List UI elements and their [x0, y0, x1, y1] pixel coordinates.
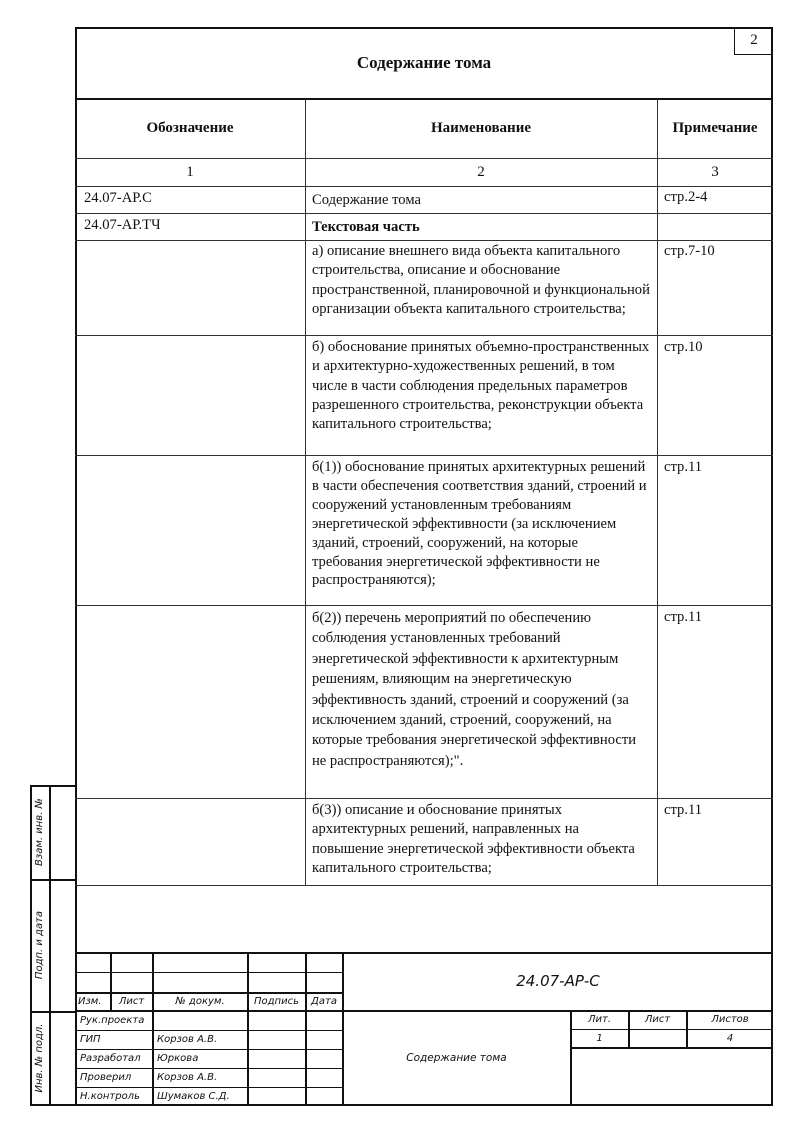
- divider: [75, 885, 773, 886]
- row-name: а) описание внешнего вида объекта капита…: [306, 240, 657, 321]
- row-note: стр.10: [658, 336, 773, 359]
- divider: [75, 972, 342, 973]
- row-code: 24.07-АР.ТЧ: [78, 214, 305, 237]
- stage-header: Листов: [687, 1011, 773, 1029]
- stage-value: 4: [687, 1030, 773, 1047]
- change-header: № докум.: [153, 993, 247, 1010]
- stamp-label: Подп. и дата: [34, 895, 46, 995]
- stamp-label: Инв. № подл.: [34, 1008, 46, 1108]
- row-name: б(3)) описание и обоснование принятых ар…: [306, 799, 657, 880]
- role-name: Шумаков С.Д.: [157, 1088, 247, 1106]
- row-note: стр.7-10: [658, 240, 773, 263]
- document-code: 24.07-АР-С: [343, 953, 773, 1010]
- row-note: стр.11: [658, 799, 773, 822]
- row-code: 24.07-АР.С: [78, 187, 305, 210]
- change-header: Изм.: [78, 993, 110, 1010]
- row-note: стр.2-4: [658, 186, 773, 209]
- divider: [49, 785, 51, 1106]
- column-header-designation: Обозначение: [75, 99, 305, 158]
- page-title: Содержание тома: [75, 27, 773, 99]
- row-note: стр.11: [658, 456, 773, 479]
- divider: [570, 1047, 773, 1049]
- role-label: Проверил: [80, 1069, 152, 1087]
- role-label: Разработал: [80, 1050, 152, 1068]
- column-number: 2: [305, 158, 657, 186]
- change-header: Дата: [306, 993, 342, 1010]
- row-name: б(2)) перечень мероприятий по обеспечени…: [306, 606, 657, 773]
- row-name: Содержание тома: [306, 189, 657, 212]
- role-name: Корзов А.В.: [157, 1031, 247, 1049]
- row-name: б) обоснование принятых объемно-простран…: [306, 336, 657, 436]
- divider: [305, 953, 307, 1106]
- column-number: 1: [75, 158, 305, 186]
- column-number: 3: [657, 158, 773, 186]
- stage-header: Лист: [629, 1011, 686, 1029]
- divider: [247, 953, 249, 1106]
- stamp-label: Взам. инв. №: [34, 782, 46, 882]
- change-header: Лист: [111, 993, 152, 1010]
- role-label: Н.контроль: [80, 1088, 152, 1106]
- document-name: Содержание тома: [343, 1011, 570, 1106]
- row-name: Текстовая часть: [306, 216, 657, 239]
- column-header-name: Наименование: [305, 99, 657, 158]
- stage-value: 1: [571, 1030, 628, 1047]
- stage-value: [629, 1030, 686, 1047]
- row-note: стр.11: [658, 606, 773, 629]
- row-name: б(1)) обоснование принятых архитектурных…: [306, 456, 657, 592]
- role-name: Корзов А.В.: [157, 1069, 247, 1087]
- column-header-note: Примечание: [657, 99, 773, 158]
- role-label: Рук.проекта: [80, 1012, 152, 1030]
- role-name: [157, 1012, 247, 1030]
- divider: [152, 953, 154, 1106]
- change-header: Подпись: [248, 993, 305, 1010]
- role-name: Юркова: [157, 1050, 247, 1068]
- stage-header: Лит.: [571, 1011, 628, 1029]
- row-note: [658, 214, 773, 218]
- role-label: ГИП: [80, 1031, 152, 1049]
